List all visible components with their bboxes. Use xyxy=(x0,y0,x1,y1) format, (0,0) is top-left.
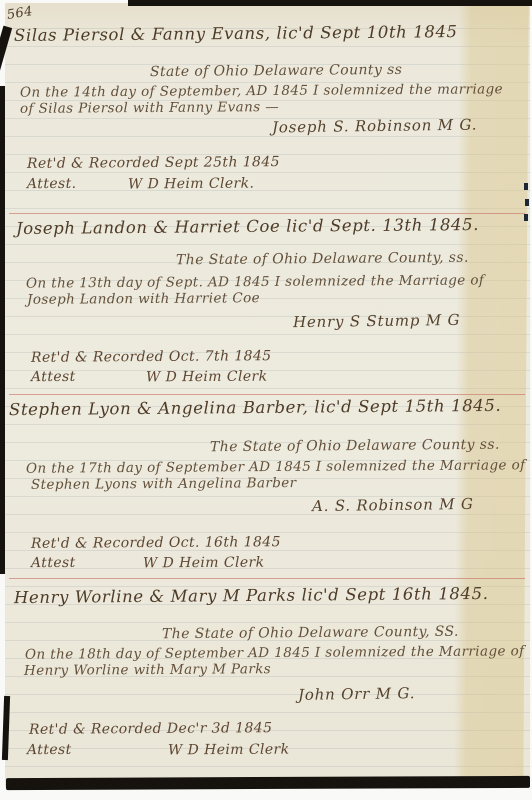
attest-label: Attest xyxy=(31,556,76,572)
book-edge-top xyxy=(128,0,532,6)
minister-signature: A. S. Robinson M G xyxy=(312,496,474,515)
entry-divider-rule xyxy=(9,578,525,579)
recorded-line: Ret'd & Recorded Dec'r 3d 1845 xyxy=(29,721,272,738)
book-edge-left xyxy=(0,86,5,574)
clerk-signature: W D Heim Clerk xyxy=(146,370,268,386)
solemnization-line-2: Joseph Landon with Harriet Coe xyxy=(27,291,260,307)
scanned-ledger-page: 564 Silas Piersol & Fanny Evans, lic'd S… xyxy=(0,0,532,800)
recorded-line: Ret'd & Recorded Sept 25th 1845 xyxy=(27,155,280,172)
scan-artifact-dot xyxy=(524,214,528,221)
minister-signature: Joseph S. Robinson M G. xyxy=(272,117,477,136)
minister-signature: John Orr M G. xyxy=(298,685,416,703)
attest-label: Attest xyxy=(31,370,76,386)
scan-artifact-dot xyxy=(524,183,528,190)
state-county-line: The State of Ohio Delaware County ss. xyxy=(210,438,500,456)
state-county-line: The State of Ohio Delaware County, ss. xyxy=(176,251,469,269)
state-county-line: State of Ohio Delaware County ss xyxy=(150,63,402,81)
recorded-line: Ret'd & Recorded Oct. 7th 1845 xyxy=(31,349,272,366)
solemnization-line-2: Stephen Lyons with Angelina Barber xyxy=(31,476,297,493)
state-county-line: The State of Ohio Delaware County, SS. xyxy=(162,625,459,643)
minister-signature: Henry S Stump M G xyxy=(293,312,461,331)
record-heading: Silas Piersol & Fanny Evans, lic'd Sept … xyxy=(14,23,458,45)
solemnization-line-2: Henry Worline with Mary M Parks xyxy=(24,662,271,679)
solemnization-line-1: On the 14th day of September, AD 1845 I … xyxy=(20,82,503,100)
recorded-line: Ret'd & Recorded Oct. 16th 1845 xyxy=(31,535,281,552)
clerk-signature: W D Heim Clerk xyxy=(168,743,290,759)
entry-divider-rule xyxy=(9,394,525,395)
solemnization-line-1: On the 13th day of Sept. AD 1845 I solem… xyxy=(26,273,484,291)
book-edge-bottom xyxy=(6,776,530,790)
attest-label: Attest xyxy=(27,743,72,759)
clerk-signature: W D Heim Clerk xyxy=(143,556,265,572)
entry-divider-rule xyxy=(9,213,525,214)
solemnization-line-2: of Silas Piersol with Fanny Evans — xyxy=(20,100,279,117)
attest-label: Attest. xyxy=(27,177,77,193)
scan-artifact-dot xyxy=(525,199,529,206)
clerk-signature: W D Heim Clerk. xyxy=(128,177,254,193)
